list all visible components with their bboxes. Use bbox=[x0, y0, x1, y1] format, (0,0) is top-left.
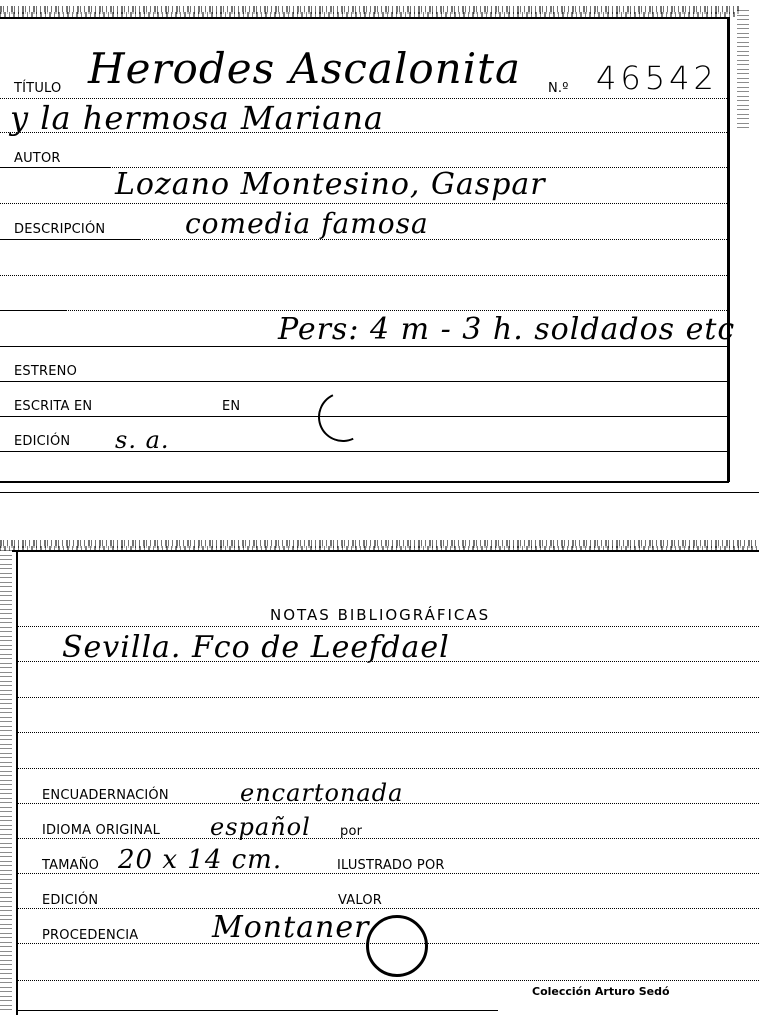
rule-line bbox=[0, 451, 727, 452]
rule-line bbox=[65, 310, 727, 311]
notas-value[interactable]: Sevilla. Fco de Leefdael bbox=[62, 633, 450, 663]
tamano-value[interactable]: 20 x 14 cm. bbox=[118, 847, 282, 873]
collection-footer: Colección Arturo Sedó bbox=[532, 985, 670, 998]
rule-line bbox=[18, 697, 759, 698]
rule-line bbox=[18, 838, 759, 839]
idioma-label: IDIOMA ORIGINAL bbox=[42, 824, 160, 837]
en-label: EN bbox=[222, 400, 240, 413]
escrita-en-label: ESCRITA EN bbox=[14, 400, 92, 413]
punch-hole-mark bbox=[311, 385, 375, 449]
card-bottom-border bbox=[0, 481, 729, 483]
numero-value[interactable]: 46542 bbox=[596, 62, 718, 94]
circular-stamp-icon bbox=[366, 915, 428, 977]
descripcion-label: DESCRIPCIÓN bbox=[14, 223, 105, 236]
ilustrado-label: ILUSTRADO POR bbox=[337, 859, 445, 872]
rule-line bbox=[18, 732, 759, 733]
rule-line bbox=[0, 203, 727, 204]
procedencia-label: PROCEDENCIA bbox=[42, 929, 138, 942]
procedencia-value[interactable]: Montaner bbox=[212, 913, 369, 943]
card-left-border bbox=[16, 550, 18, 1015]
catalog-card-front: TÍTULO Herodes Ascalonita N.º 46542 y la… bbox=[0, 0, 759, 495]
rule-line bbox=[18, 626, 759, 627]
edicion-label: EDICIÓN bbox=[14, 435, 70, 448]
tamano-label: TAMAÑO bbox=[42, 859, 99, 872]
autor-label: AUTOR bbox=[14, 152, 61, 165]
rule-line bbox=[18, 768, 759, 769]
titulo-value-continued[interactable]: y la hermosa Mariana bbox=[10, 102, 384, 134]
titulo-value[interactable]: Herodes Ascalonita bbox=[88, 48, 521, 90]
edicion-value[interactable]: s. a. bbox=[115, 428, 170, 452]
card-top-border bbox=[0, 17, 729, 19]
rule-line bbox=[0, 239, 140, 240]
card-top-border bbox=[12, 550, 759, 552]
card-right-edge-speckle bbox=[737, 10, 749, 130]
card-right-border bbox=[727, 17, 730, 482]
personajes-note[interactable]: Pers: 4 m - 3 h. soldados etc bbox=[278, 315, 735, 345]
titulo-label: TÍTULO bbox=[14, 82, 61, 95]
por-label: por bbox=[340, 825, 362, 838]
estreno-label: ESTRENO bbox=[14, 365, 77, 378]
encuadernacion-value[interactable]: encartonada bbox=[240, 781, 403, 805]
encuadernacion-label: ENCUADERNACIÓN bbox=[42, 789, 169, 802]
rule-line bbox=[18, 980, 759, 981]
valor-label: VALOR bbox=[338, 894, 382, 907]
numero-label: N.º bbox=[548, 82, 569, 95]
card-left-edge-speckle bbox=[0, 550, 12, 1010]
rule-line bbox=[0, 310, 65, 311]
rule-line bbox=[0, 167, 110, 168]
rule-line bbox=[0, 275, 727, 276]
catalog-card-back: NOTAS BIBLIOGRÁFICAS Sevilla. Fco de Lee… bbox=[0, 535, 759, 1028]
idioma-value[interactable]: español bbox=[210, 815, 311, 839]
card-bottom-border bbox=[18, 1010, 498, 1011]
rule-line bbox=[0, 381, 727, 382]
notas-heading: NOTAS BIBLIOGRÁFICAS bbox=[270, 608, 490, 623]
edicion-label: EDICIÓN bbox=[42, 894, 98, 907]
rule-line bbox=[18, 908, 759, 909]
descripcion-value[interactable]: comedia famosa bbox=[185, 210, 429, 238]
card-separator bbox=[0, 492, 759, 493]
autor-value[interactable]: Lozano Montesino, Gaspar bbox=[115, 170, 546, 200]
